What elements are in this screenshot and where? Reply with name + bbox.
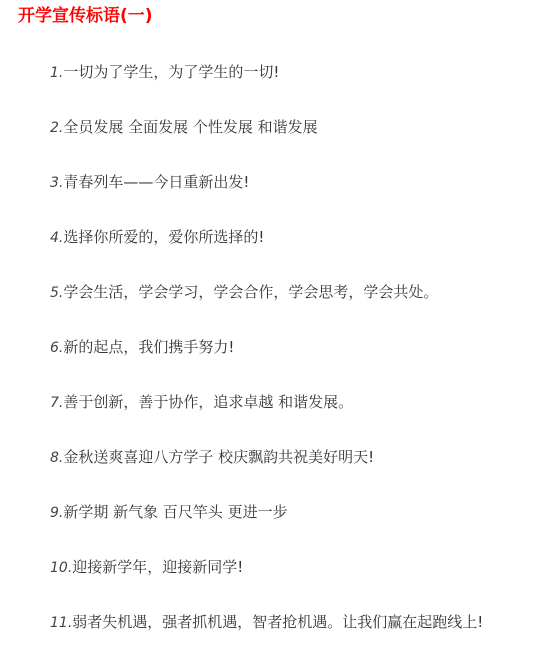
item-number: 5. — [50, 285, 63, 301]
slogan-list: 1.一切为了学生，为了学生的一切! 2.全员发展 全面发展 个性发展 和谐发展 … — [50, 61, 483, 659]
item-number: 11. — [50, 615, 72, 631]
list-item: 3.青春列车——今日重新出发! — [50, 171, 483, 226]
list-item: 2.全员发展 全面发展 个性发展 和谐发展 — [50, 116, 483, 171]
list-item: 5.学会生活，学会学习，学会合作，学会思考，学会共处。 — [50, 281, 483, 336]
list-item: 11.弱者失机遇，强者抓机遇，智者抢机遇。让我们赢在起跑线上! — [50, 611, 483, 659]
item-number: 2. — [50, 120, 63, 136]
item-number: 6. — [50, 340, 63, 356]
list-item: 4.选择你所爱的，爱你所选择的! — [50, 226, 483, 281]
item-text: 新的起点，我们携手努力! — [63, 338, 234, 356]
item-text: 学会生活，学会学习，学会合作，学会思考，学会共处。 — [63, 283, 438, 301]
item-text: 金秋送爽喜迎八方学子 校庆飘韵共祝美好明天! — [63, 448, 374, 466]
item-text: 选择你所爱的，爱你所选择的! — [63, 228, 264, 246]
page-title: 开学宣传标语(一) — [18, 4, 153, 28]
item-text: 弱者失机遇，强者抓机遇，智者抢机遇。让我们赢在起跑线上! — [72, 613, 483, 631]
item-text: 迎接新学年，迎接新同学! — [72, 558, 243, 576]
item-number: 9. — [50, 505, 63, 521]
item-text: 善于创新，善于协作，追求卓越 和谐发展。 — [63, 393, 353, 411]
item-number: 8. — [50, 450, 63, 466]
list-item: 6.新的起点，我们携手努力! — [50, 336, 483, 391]
item-text: 青春列车——今日重新出发! — [63, 173, 249, 191]
list-item: 7.善于创新，善于协作，追求卓越 和谐发展。 — [50, 391, 483, 446]
item-number: 10. — [50, 560, 72, 576]
item-number: 4. — [50, 230, 63, 246]
item-number: 7. — [50, 395, 63, 411]
item-text: 新学期 新气象 百尺竿头 更进一步 — [63, 503, 287, 521]
list-item: 1.一切为了学生，为了学生的一切! — [50, 61, 483, 116]
item-text: 全员发展 全面发展 个性发展 和谐发展 — [63, 118, 317, 136]
list-item: 8.金秋送爽喜迎八方学子 校庆飘韵共祝美好明天! — [50, 446, 483, 501]
item-number: 3. — [50, 175, 63, 191]
list-item: 10.迎接新学年，迎接新同学! — [50, 556, 483, 611]
item-text: 一切为了学生，为了学生的一切! — [63, 63, 279, 81]
item-number: 1. — [50, 65, 63, 81]
list-item: 9.新学期 新气象 百尺竿头 更进一步 — [50, 501, 483, 556]
